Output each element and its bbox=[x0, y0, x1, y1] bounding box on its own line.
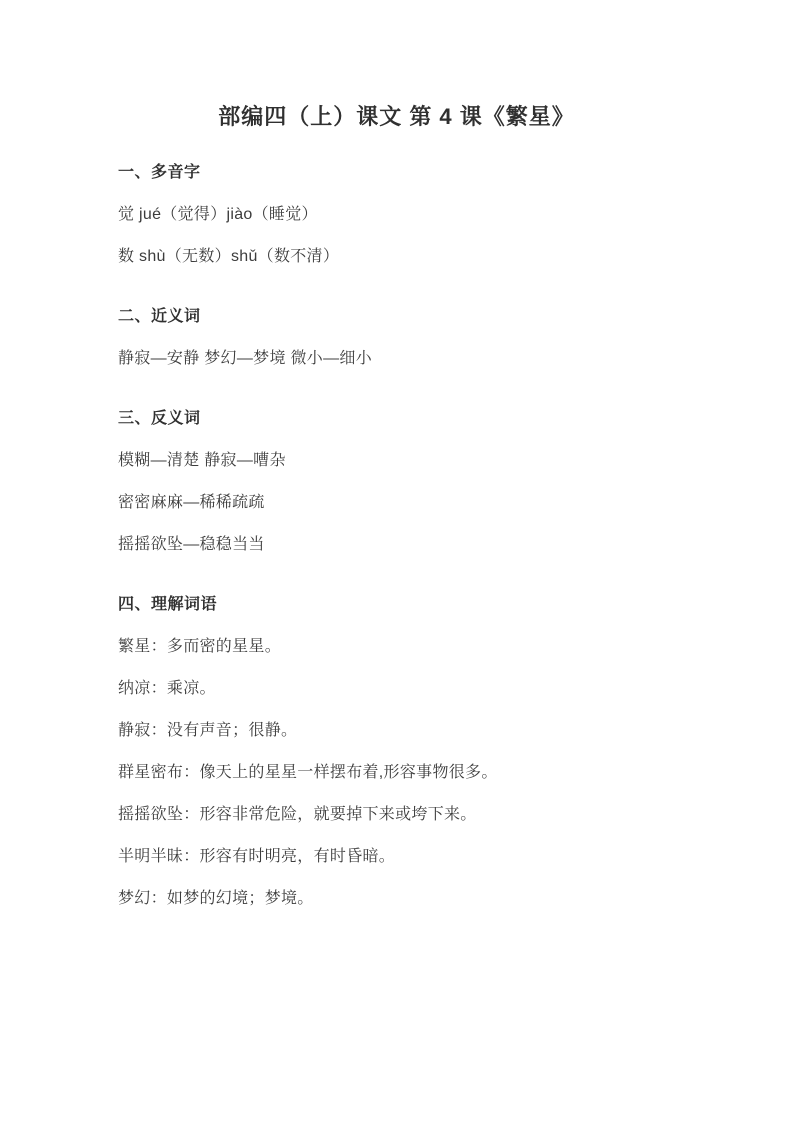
text-line: 静寂—安静 梦幻—梦境 微小—细小 bbox=[118, 349, 693, 368]
section-heading: 一、多音字 bbox=[118, 163, 693, 182]
page-title: 部编四（上）课文 第 4 课《繁星》 bbox=[118, 0, 675, 131]
text-line: 繁星：多而密的星星。 bbox=[118, 637, 693, 656]
document-page: 部编四（上）课文 第 4 课《繁星》 一、多音字 觉 jué（觉得）jiào（睡… bbox=[0, 0, 793, 1122]
section-polyphonic-characters: 一、多音字 觉 jué（觉得）jiào（睡觉） 数 shù（无数）shǔ（数不清… bbox=[118, 163, 693, 266]
section-heading: 三、反义词 bbox=[118, 409, 693, 428]
text-line: 静寂：没有声音；很静。 bbox=[118, 721, 693, 740]
section-heading: 二、近义词 bbox=[118, 307, 693, 326]
text-line: 密密麻麻—稀稀疏疏 bbox=[118, 493, 693, 512]
text-line: 摇摇欲坠：形容非常危险，就要掉下来或垮下来。 bbox=[118, 805, 693, 824]
text-line: 数 shù（无数）shǔ（数不清） bbox=[118, 247, 693, 266]
section-synonyms: 二、近义词 静寂—安静 梦幻—梦境 微小—细小 bbox=[118, 307, 693, 368]
text-line: 觉 jué（觉得）jiào（睡觉） bbox=[118, 205, 693, 224]
text-line: 模糊—清楚 静寂—嘈杂 bbox=[118, 451, 693, 470]
section-heading: 四、理解词语 bbox=[118, 595, 693, 614]
section-word-definitions: 四、理解词语 繁星：多而密的星星。 纳凉：乘凉。 静寂：没有声音；很静。 群星密… bbox=[118, 595, 693, 908]
document-body: 一、多音字 觉 jué（觉得）jiào（睡觉） 数 shù（无数）shǔ（数不清… bbox=[118, 163, 693, 908]
section-antonyms: 三、反义词 模糊—清楚 静寂—嘈杂 密密麻麻—稀稀疏疏 摇摇欲坠—稳稳当当 bbox=[118, 409, 693, 554]
text-line: 梦幻：如梦的幻境；梦境。 bbox=[118, 889, 693, 908]
text-line: 摇摇欲坠—稳稳当当 bbox=[118, 535, 693, 554]
text-line: 群星密布：像天上的星星一样摆布着,形容事物很多。 bbox=[118, 763, 693, 782]
text-line: 半明半昧：形容有时明亮，有时昏暗。 bbox=[118, 847, 693, 866]
text-line: 纳凉：乘凉。 bbox=[118, 679, 693, 698]
